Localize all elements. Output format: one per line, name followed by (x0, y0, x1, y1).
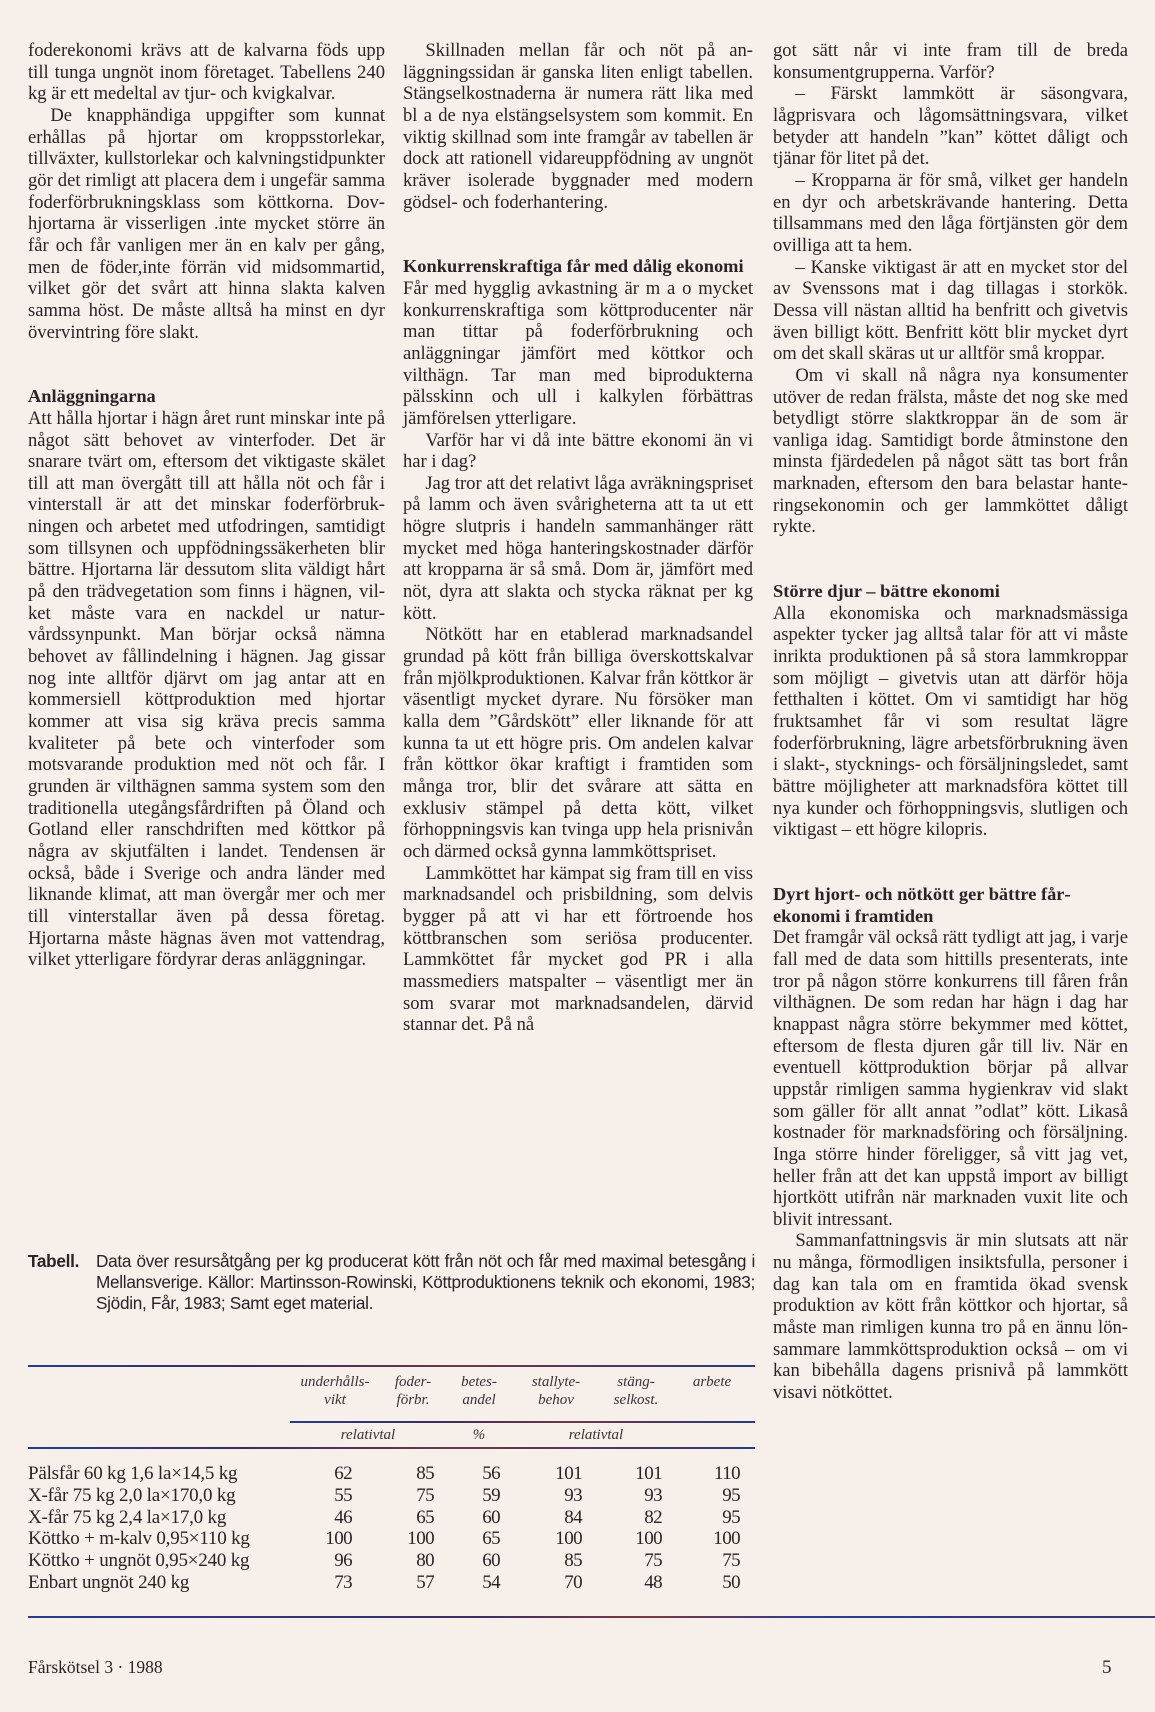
table-cell: 54 (450, 1572, 500, 1594)
unit-percent: % (446, 1427, 512, 1444)
table-cell: 84 (532, 1507, 582, 1529)
paragraph: Att hålla hjortar i hägn året runt mins­… (28, 408, 385, 971)
section-heading: Anläggningarna (28, 386, 385, 408)
table-cell: 50 (690, 1572, 740, 1594)
paragraph: Får med hygglig avkastning är m a o myck… (403, 278, 753, 430)
table-cell: 65 (450, 1528, 500, 1550)
section-gap (28, 343, 385, 386)
text-column-3: got sätt når vi inte fram till de breda … (773, 40, 1128, 1404)
table-cell: 57 (384, 1572, 434, 1594)
paragraph: Nötkött har en etablerad marknads­andel … (403, 624, 753, 862)
table-cell: 75 (612, 1550, 662, 1572)
table-cell: 48 (612, 1572, 662, 1594)
paragraph: – Färskt lammkött är säsongvara, lågpris… (773, 83, 1128, 170)
table-cell: 110 (690, 1463, 740, 1485)
row-label: Köttko + ungnöt 0,95×240 kg (28, 1550, 249, 1572)
table-cell: 95 (690, 1507, 740, 1529)
row-label: X-får 75 kg 2,0 la×170,0 kg (28, 1485, 235, 1507)
table-cell: 59 (450, 1485, 500, 1507)
paragraph: – Kropparna är för små, vilket ger hande… (773, 170, 1128, 257)
table-cell: 75 (384, 1485, 434, 1507)
section-gap (773, 841, 1128, 884)
paragraph: – Kanske viktigast är att en mycket stor… (773, 257, 1128, 365)
section-heading: Större djur – bättre ekonomi (773, 581, 1128, 603)
table-row: X-får 75 kg 2,4 la×17,0 kg466560848295 (28, 1507, 755, 1529)
header-foderforbr: foder-förbr. (380, 1373, 446, 1409)
table-cell: 60 (450, 1550, 500, 1572)
table-cell: 100 (690, 1528, 740, 1550)
table-cell: 101 (612, 1463, 662, 1485)
table-cell: 95 (690, 1485, 740, 1507)
table-cell: 100 (302, 1528, 352, 1550)
table-cell: 85 (384, 1463, 434, 1485)
table-cell: 55 (302, 1485, 352, 1507)
section-heading: Dyrt hjort- och nötkött ger bättre får­e… (773, 884, 1128, 927)
paragraph: Jag tror att det relativt låga avräk­nin… (403, 473, 753, 625)
table-cell: 85 (532, 1550, 582, 1572)
table-cell: 80 (384, 1550, 434, 1572)
header-underhallsvikt: underhålls-vikt (290, 1373, 380, 1409)
table-cell: 100 (612, 1528, 662, 1550)
publication-footer: Fårskötsel 3 · 1988 (28, 1657, 163, 1678)
footer-rule (28, 1616, 1155, 1618)
table-cell: 75 (690, 1550, 740, 1572)
table-cell: 93 (532, 1485, 582, 1507)
paragraph: Varför har vi då inte bättre ekonomi än … (403, 430, 753, 473)
section-gap (773, 538, 1128, 581)
row-label: X-får 75 kg 2,4 la×17,0 kg (28, 1507, 226, 1529)
header-rule (290, 1421, 755, 1423)
table-cell: 100 (532, 1528, 582, 1550)
paragraph: Lammköttet har kämpat sig fram till en v… (403, 863, 753, 1036)
paragraph: Skillnaden mellan får och nöt på an­lägg… (403, 40, 753, 213)
paragraph: Om vi skall nå några nya konsumen­ter ut… (773, 365, 1128, 538)
paragraph: Det framgår väl också rätt tydligt att j… (773, 927, 1128, 1230)
header-stangselkost: stäng-selkost. (600, 1373, 672, 1409)
page-number: 5 (1102, 1657, 1112, 1679)
table-top-rule (28, 1365, 755, 1367)
table-cell: 62 (302, 1463, 352, 1485)
header-betesandel: betes-andel (446, 1373, 512, 1409)
row-label: Enbart ungnöt 240 kg (28, 1572, 189, 1594)
resource-table: Tabell. Data över resursåtgång per kg pr… (28, 1251, 755, 1314)
table-cell: 65 (384, 1507, 434, 1529)
table-cell: 93 (612, 1485, 662, 1507)
paragraph: foderekonomi krävs att de kalvarna föds … (28, 40, 385, 105)
table-caption: Tabell. Data över resursåtgång per kg pr… (28, 1251, 755, 1314)
paragraph: got sätt når vi inte fram till de breda … (773, 40, 1128, 83)
text-column-2: Skillnaden mellan får och nöt på an­lägg… (403, 40, 753, 1036)
unit-relativtal-left: relativtal (290, 1427, 446, 1444)
table-row: X-får 75 kg 2,0 la×170,0 kg557559939395 (28, 1485, 755, 1507)
table-cell: 100 (384, 1528, 434, 1550)
table-cell: 101 (532, 1463, 582, 1485)
section-heading: Konkurrenskraftiga får med dålig eko­nom… (403, 256, 753, 278)
table-cell: 46 (302, 1507, 352, 1529)
table-cell: 73 (302, 1572, 352, 1594)
header-arbete: arbete (676, 1373, 748, 1391)
table-row: Köttko + m-kalv 0,95×110 kg1001006510010… (28, 1528, 755, 1550)
table-row: Pälsfår 60 kg 1,6 la×14,5 kg628556101101… (28, 1463, 755, 1485)
header-stallytebehov: stallyte-behov (518, 1373, 594, 1409)
paragraph: De knapphändiga uppgifter som kun­nat er… (28, 105, 385, 343)
table-cell: 82 (612, 1507, 662, 1529)
table-cell: 60 (450, 1507, 500, 1529)
table-caption-text: Data över resursåtgång per kg producerat… (96, 1251, 755, 1314)
table-row: Enbart ungnöt 240 kg735754704850 (28, 1572, 755, 1594)
table-cell: 96 (302, 1550, 352, 1572)
table-row: Köttko + ungnöt 0,95×240 kg968060857575 (28, 1550, 755, 1572)
table-body-rule (28, 1447, 755, 1449)
paragraph: Alla ekonomiska och marknadsmässiga aspe… (773, 603, 1128, 841)
row-label: Pälsfår 60 kg 1,6 la×14,5 kg (28, 1463, 237, 1485)
table-caption-label: Tabell. (28, 1251, 96, 1314)
table-cell: 56 (450, 1463, 500, 1485)
table-cell: 70 (532, 1572, 582, 1594)
text-column-1: foderekonomi krävs att de kalvarna föds … (28, 40, 385, 971)
unit-relativtal-right: relativtal (518, 1427, 674, 1444)
paragraph: Sammanfattningsvis är min slutsats att n… (773, 1230, 1128, 1403)
row-label: Köttko + m-kalv 0,95×110 kg (28, 1528, 250, 1550)
section-gap (403, 213, 753, 256)
